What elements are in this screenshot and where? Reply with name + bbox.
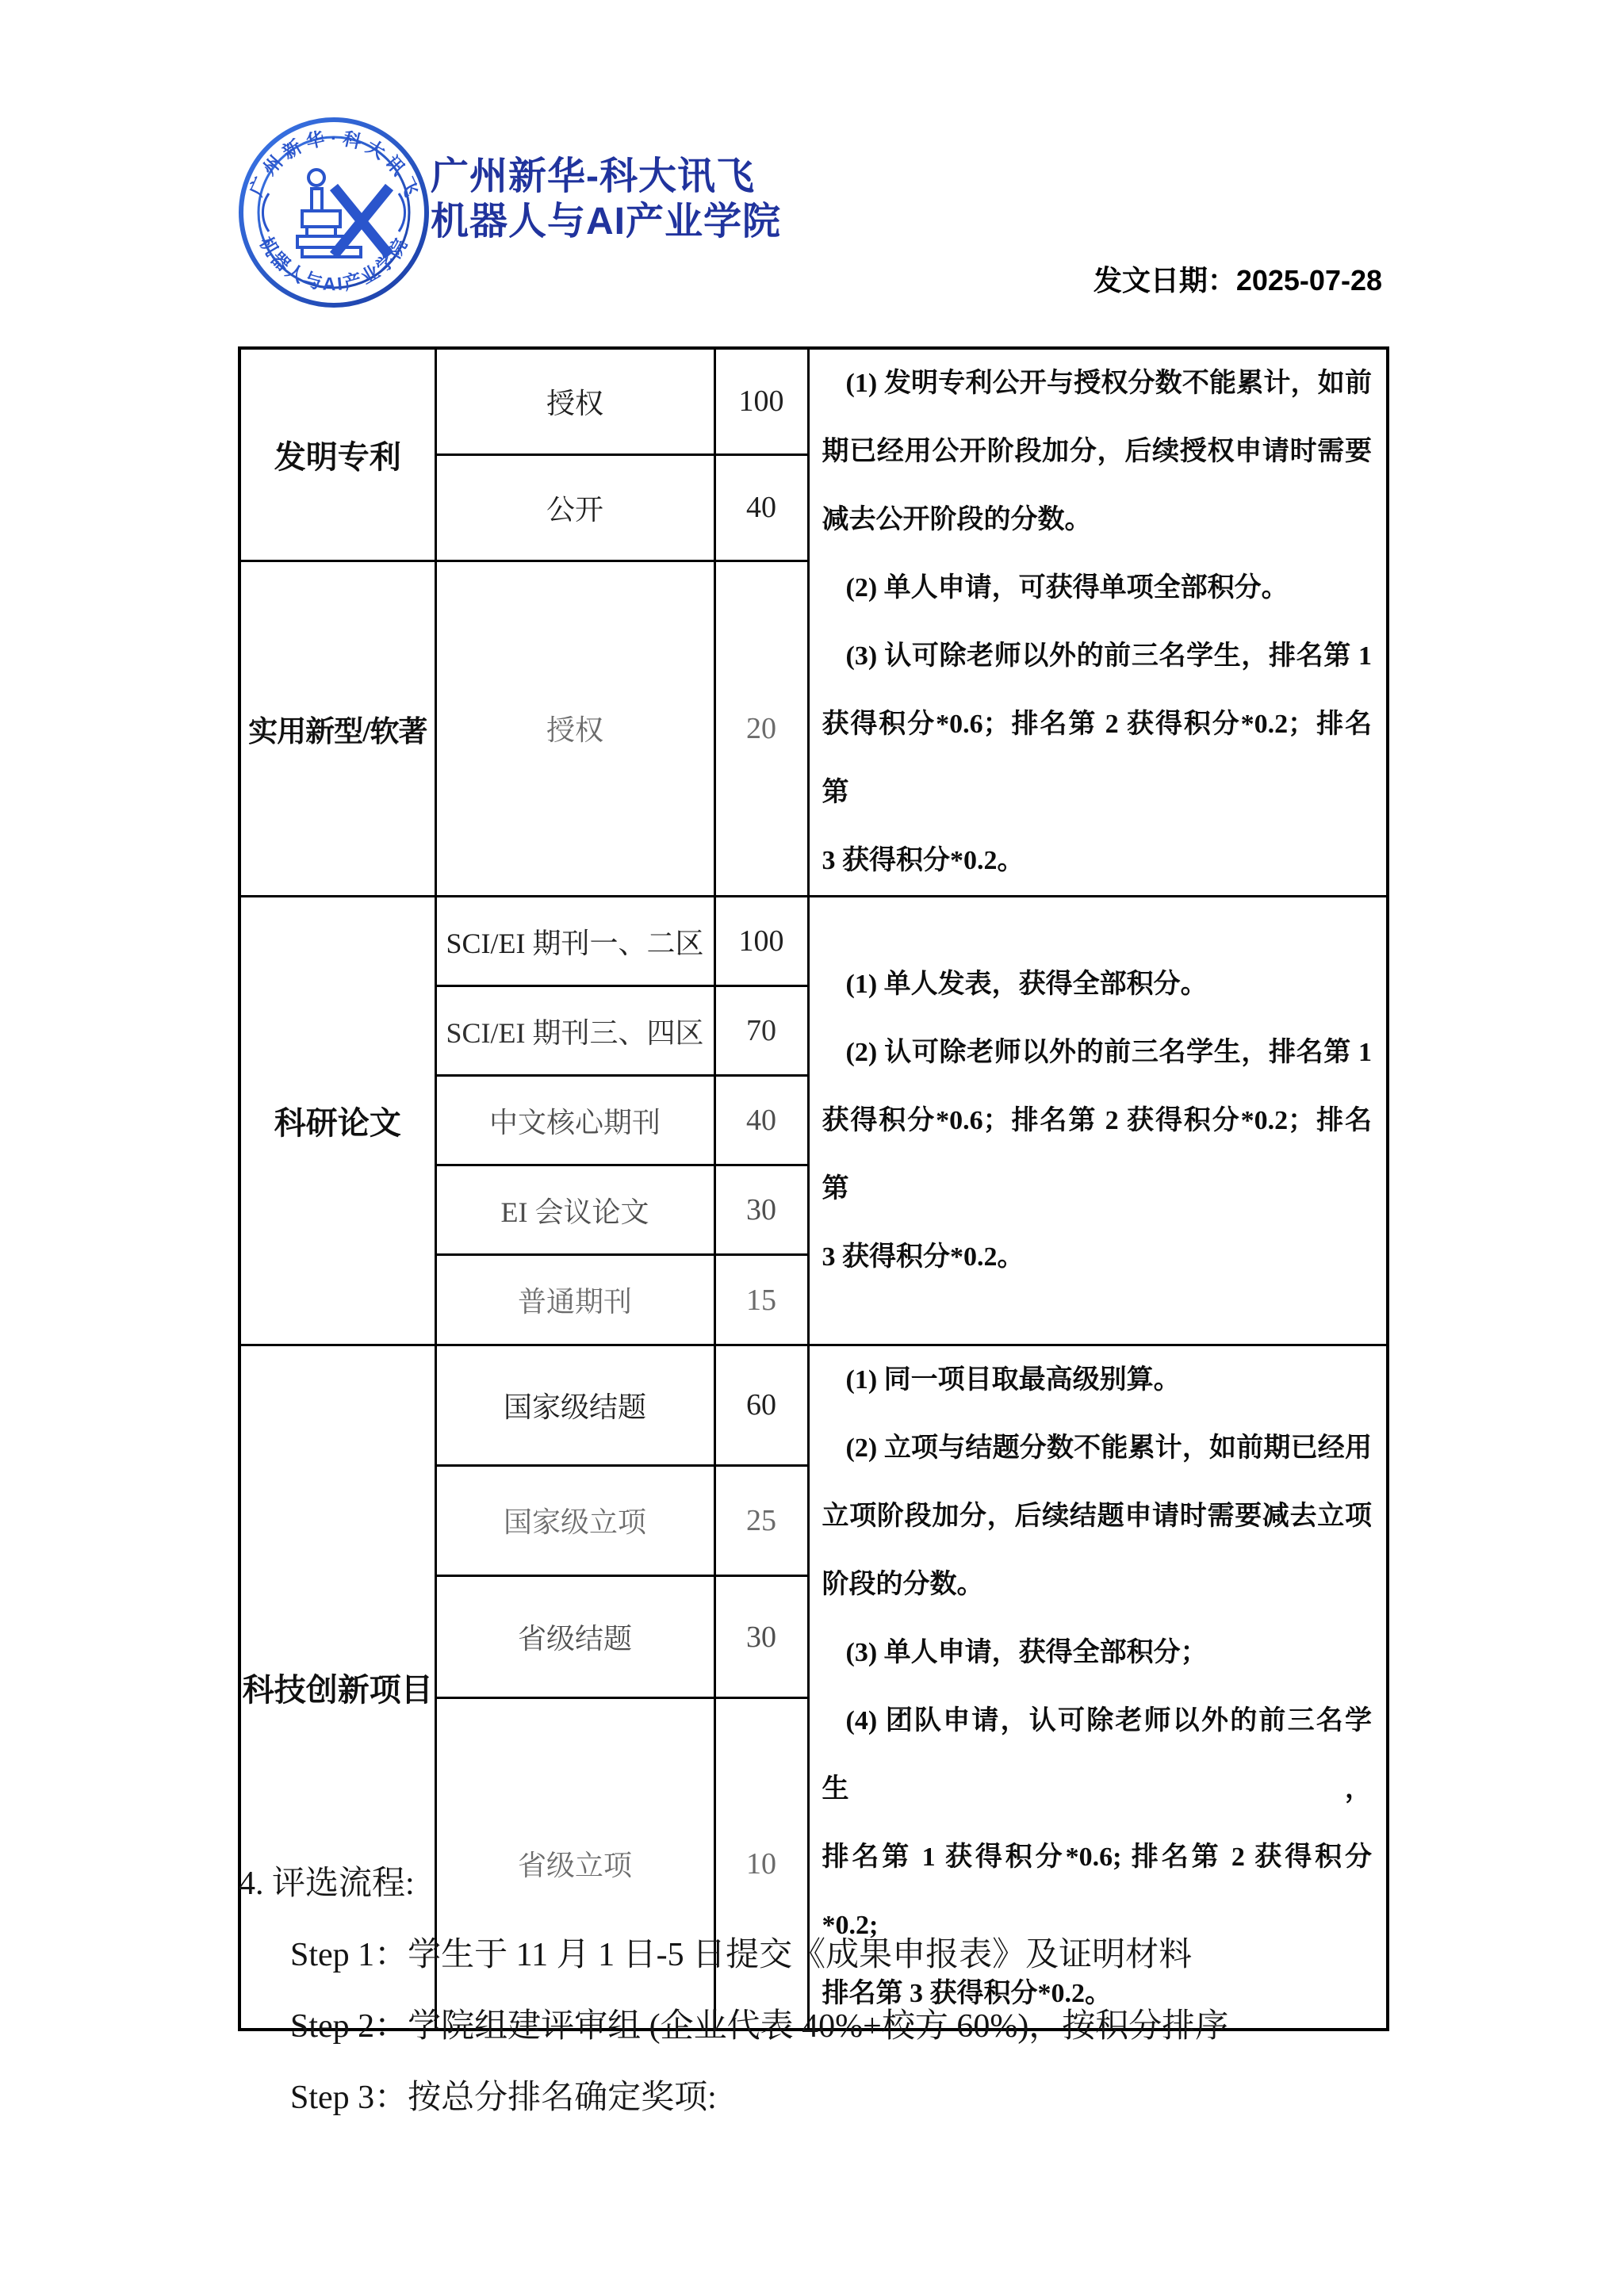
subitem-label: 授权: [435, 561, 714, 896]
note-line: (3) 单人申请，获得全部积分；: [822, 1619, 1373, 1687]
note-line: (4) 团队申请，认可除老师以外的前三名学生，: [822, 1687, 1373, 1823]
subitem-label: 普通期刊: [435, 1255, 714, 1345]
note-line: (1) 单人发表，获得全部积分。: [822, 951, 1373, 1019]
score-value: 30: [714, 1165, 808, 1255]
note-line: 获得积分*0.6；排名第 2 获得积分*0.2；排名第: [822, 1087, 1373, 1223]
note-line: (2) 认可除老师以外的前三名学生，排名第 1: [822, 1019, 1373, 1087]
subitem-label: 授权: [435, 348, 714, 454]
score-value: 30: [714, 1576, 808, 1698]
note-line: (1) 同一项目取最高级别算。: [822, 1346, 1373, 1414]
notes-cell-paper: (1) 单人发表，获得全部积分。 (2) 认可除老师以外的前三名学生，排名第 1…: [808, 897, 1388, 1345]
table-row: 科技创新项目 国家级结题 60 (1) 同一项目取最高级别算。 (2) 立项与结…: [239, 1345, 1388, 1466]
note-line: (3) 认可除老师以外的前三名学生，排名第 1: [822, 622, 1373, 691]
document-page: 广 州 新 华 · 科 大 讯 飞 机器人与AI产业学院 广州新华-科大讯飞 机…: [0, 0, 1624, 2296]
note-line: 立项阶段加分，后续结题申请时需要减去立项: [822, 1483, 1373, 1551]
selection-process-heading: 4. 评选流程:: [239, 1857, 415, 1904]
subitem-label: SCI/EI 期刊一、二区: [435, 897, 714, 986]
category-utility-model: 实用新型/软著: [239, 561, 435, 896]
score-rules-table: 发明专利 授权 100 (1) 发明专利公开与授权分数不能累计，如前 期已经用公…: [238, 346, 1389, 2031]
subitem-label: 国家级结题: [435, 1345, 714, 1466]
table-row: 科研论文 SCI/EI 期刊一、二区 100 (1) 单人发表，获得全部积分。 …: [239, 897, 1388, 986]
step-2: Step 2：学院组建评审组 (企业代表 40%+校方 60%)，按积分排序: [290, 1999, 1228, 2047]
score-value: 40: [714, 454, 808, 561]
org-title-line2: 机器人与AI产业学院: [431, 199, 781, 244]
note-line: (2) 立项与结题分数不能累计，如前期已经用: [822, 1414, 1373, 1483]
notes-cell-project: (1) 同一项目取最高级别算。 (2) 立项与结题分数不能累计，如前期已经用 立…: [808, 1345, 1388, 2030]
table-row: 发明专利 授权 100 (1) 发明专利公开与授权分数不能累计，如前 期已经用公…: [239, 348, 1388, 454]
subitem-label: 省级结题: [435, 1576, 714, 1698]
note-line: 3 获得积分*0.2。: [822, 827, 1373, 895]
notes-cell-patent: (1) 发明专利公开与授权分数不能累计，如前 期已经用公开阶段加分，后续授权申请…: [808, 348, 1388, 897]
org-title: 广州新华-科大讯飞 机器人与AI产业学院: [431, 154, 781, 244]
note-line: 3 获得积分*0.2。: [822, 1223, 1373, 1291]
step-1: Step 1：学生于 11 月 1 日-5 日提交《成果申报表》及证明材料: [290, 1928, 1192, 1976]
score-value: 70: [714, 986, 808, 1076]
subitem-label: SCI/EI 期刊三、四区: [435, 986, 714, 1076]
step-3: Step 3：按总分排名确定奖项:: [290, 2071, 717, 2118]
category-sci-tech-project: 科技创新项目: [239, 1345, 435, 2030]
score-value: 25: [714, 1465, 808, 1575]
score-value: 15: [714, 1255, 808, 1345]
score-value: 20: [714, 561, 808, 896]
score-value: 10: [714, 1698, 808, 2030]
score-value: 100: [714, 897, 808, 986]
note-line: 减去公开阶段的分数。: [822, 486, 1373, 554]
issue-date: 发文日期：2025-07-28: [1094, 258, 1382, 299]
subitem-label: 省级立项: [435, 1698, 714, 2030]
subitem-label: 国家级立项: [435, 1465, 714, 1575]
note-line: 获得积分*0.6；排名第 2 获得积分*0.2；排名第: [822, 691, 1373, 827]
logo-robot-x-mark: [262, 170, 404, 257]
note-line: (1) 发明专利公开与授权分数不能累计，如前: [822, 350, 1373, 418]
subitem-label: 中文核心期刊: [435, 1076, 714, 1165]
score-value: 100: [714, 348, 808, 454]
note-line: (2) 单人申请，可获得单项全部积分。: [822, 554, 1373, 622]
college-logo-seal: 广 州 新 华 · 科 大 讯 飞 机器人与AI产业学院: [237, 116, 431, 309]
college-logo: 广 州 新 华 · 科 大 讯 飞 机器人与AI产业学院: [237, 116, 431, 309]
note-line: 阶段的分数。: [822, 1551, 1373, 1619]
org-title-line1: 广州新华-科大讯飞: [431, 154, 781, 199]
note-line: 期已经用公开阶段加分，后续授权申请时需要: [822, 418, 1373, 486]
subitem-label: 公开: [435, 454, 714, 561]
subitem-label: EI 会议论文: [435, 1165, 714, 1255]
score-value: 40: [714, 1076, 808, 1165]
category-research-paper: 科研论文: [239, 897, 435, 1345]
score-value: 60: [714, 1345, 808, 1466]
category-invention-patent: 发明专利: [239, 348, 435, 561]
